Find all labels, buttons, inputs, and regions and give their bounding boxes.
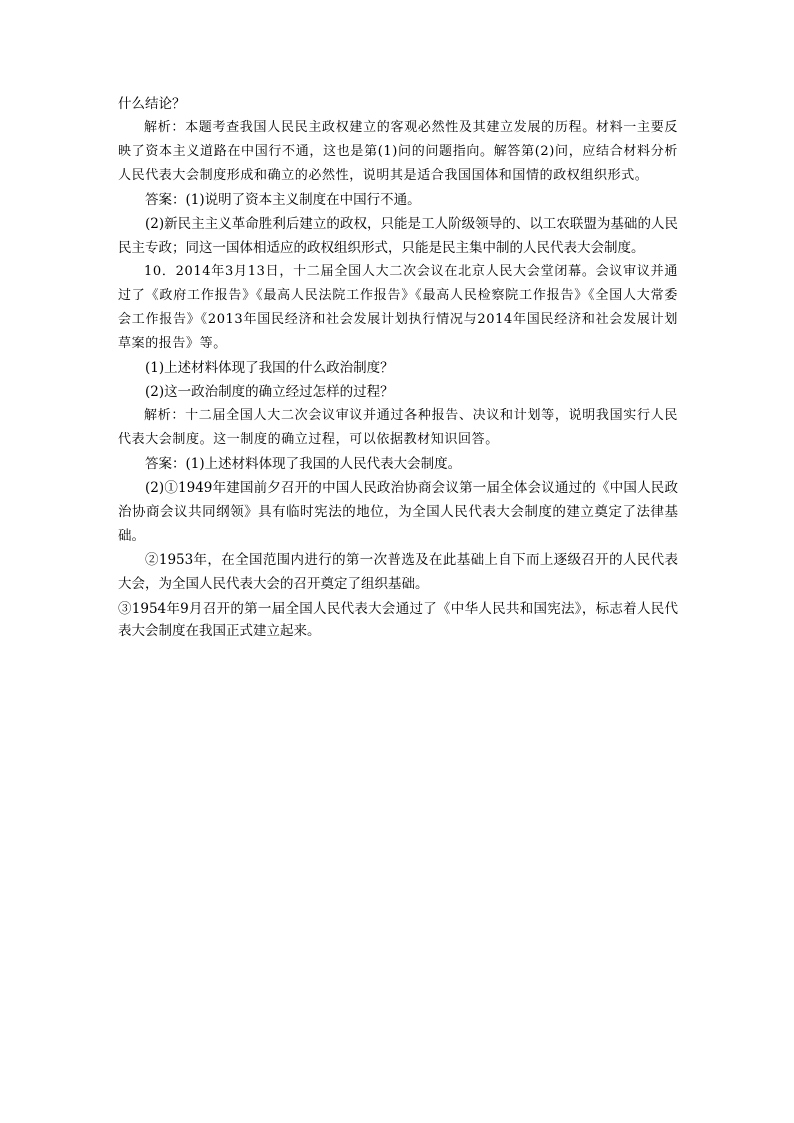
question-9-analysis: 解析：本题考查我国人民民主政权建立的客观必然性及其建立发展的历程。材料一主要反映…	[118, 116, 678, 188]
document-page: 什么结论？ 解析：本题考查我国人民民主政权建立的客观必然性及其建立发展的历程。材…	[118, 92, 678, 642]
question-10-material: 10．2014年3月13日，十二届全国人大二次会议在北京人民大会堂闭幕。会议审议…	[118, 260, 678, 356]
question-10-answer-2-point-3: ③1954年9月召开的第一届全国人民代表大会通过了《中华人民共和国宪法》，标志着…	[118, 598, 678, 642]
question-9-answer-2: (2)新民主主义革命胜利后建立的政权，只能是工人阶级领导的、以工农联盟为基础的人…	[118, 212, 678, 260]
question-10-question-2: (2)这一政治制度的确立经过怎样的过程？	[118, 380, 678, 404]
question-9-continuation: 什么结论？	[118, 92, 678, 116]
question-10-question-1: (1)上述材料体现了我国的什么政治制度？	[118, 356, 678, 380]
question-10-answer-2-point-2: ②1953年，在全国范围内进行的第一次普选及在此基础上自下而上逐级召开的人民代表…	[118, 548, 678, 596]
question-9-answer-1: 答案：(1)说明了资本主义制度在中国行不通。	[118, 188, 678, 212]
question-10-answer-2-point-1: (2)①1949年建国前夕召开的中国人民政治协商会议第一届全体会议通过的《中国人…	[118, 476, 678, 548]
question-10-analysis: 解析：十二届全国人大二次会议审议并通过各种报告、决议和计划等，说明我国实行人民代…	[118, 404, 678, 452]
question-10-answer-1: 答案：(1)上述材料体现了我国的人民代表大会制度。	[118, 452, 678, 476]
